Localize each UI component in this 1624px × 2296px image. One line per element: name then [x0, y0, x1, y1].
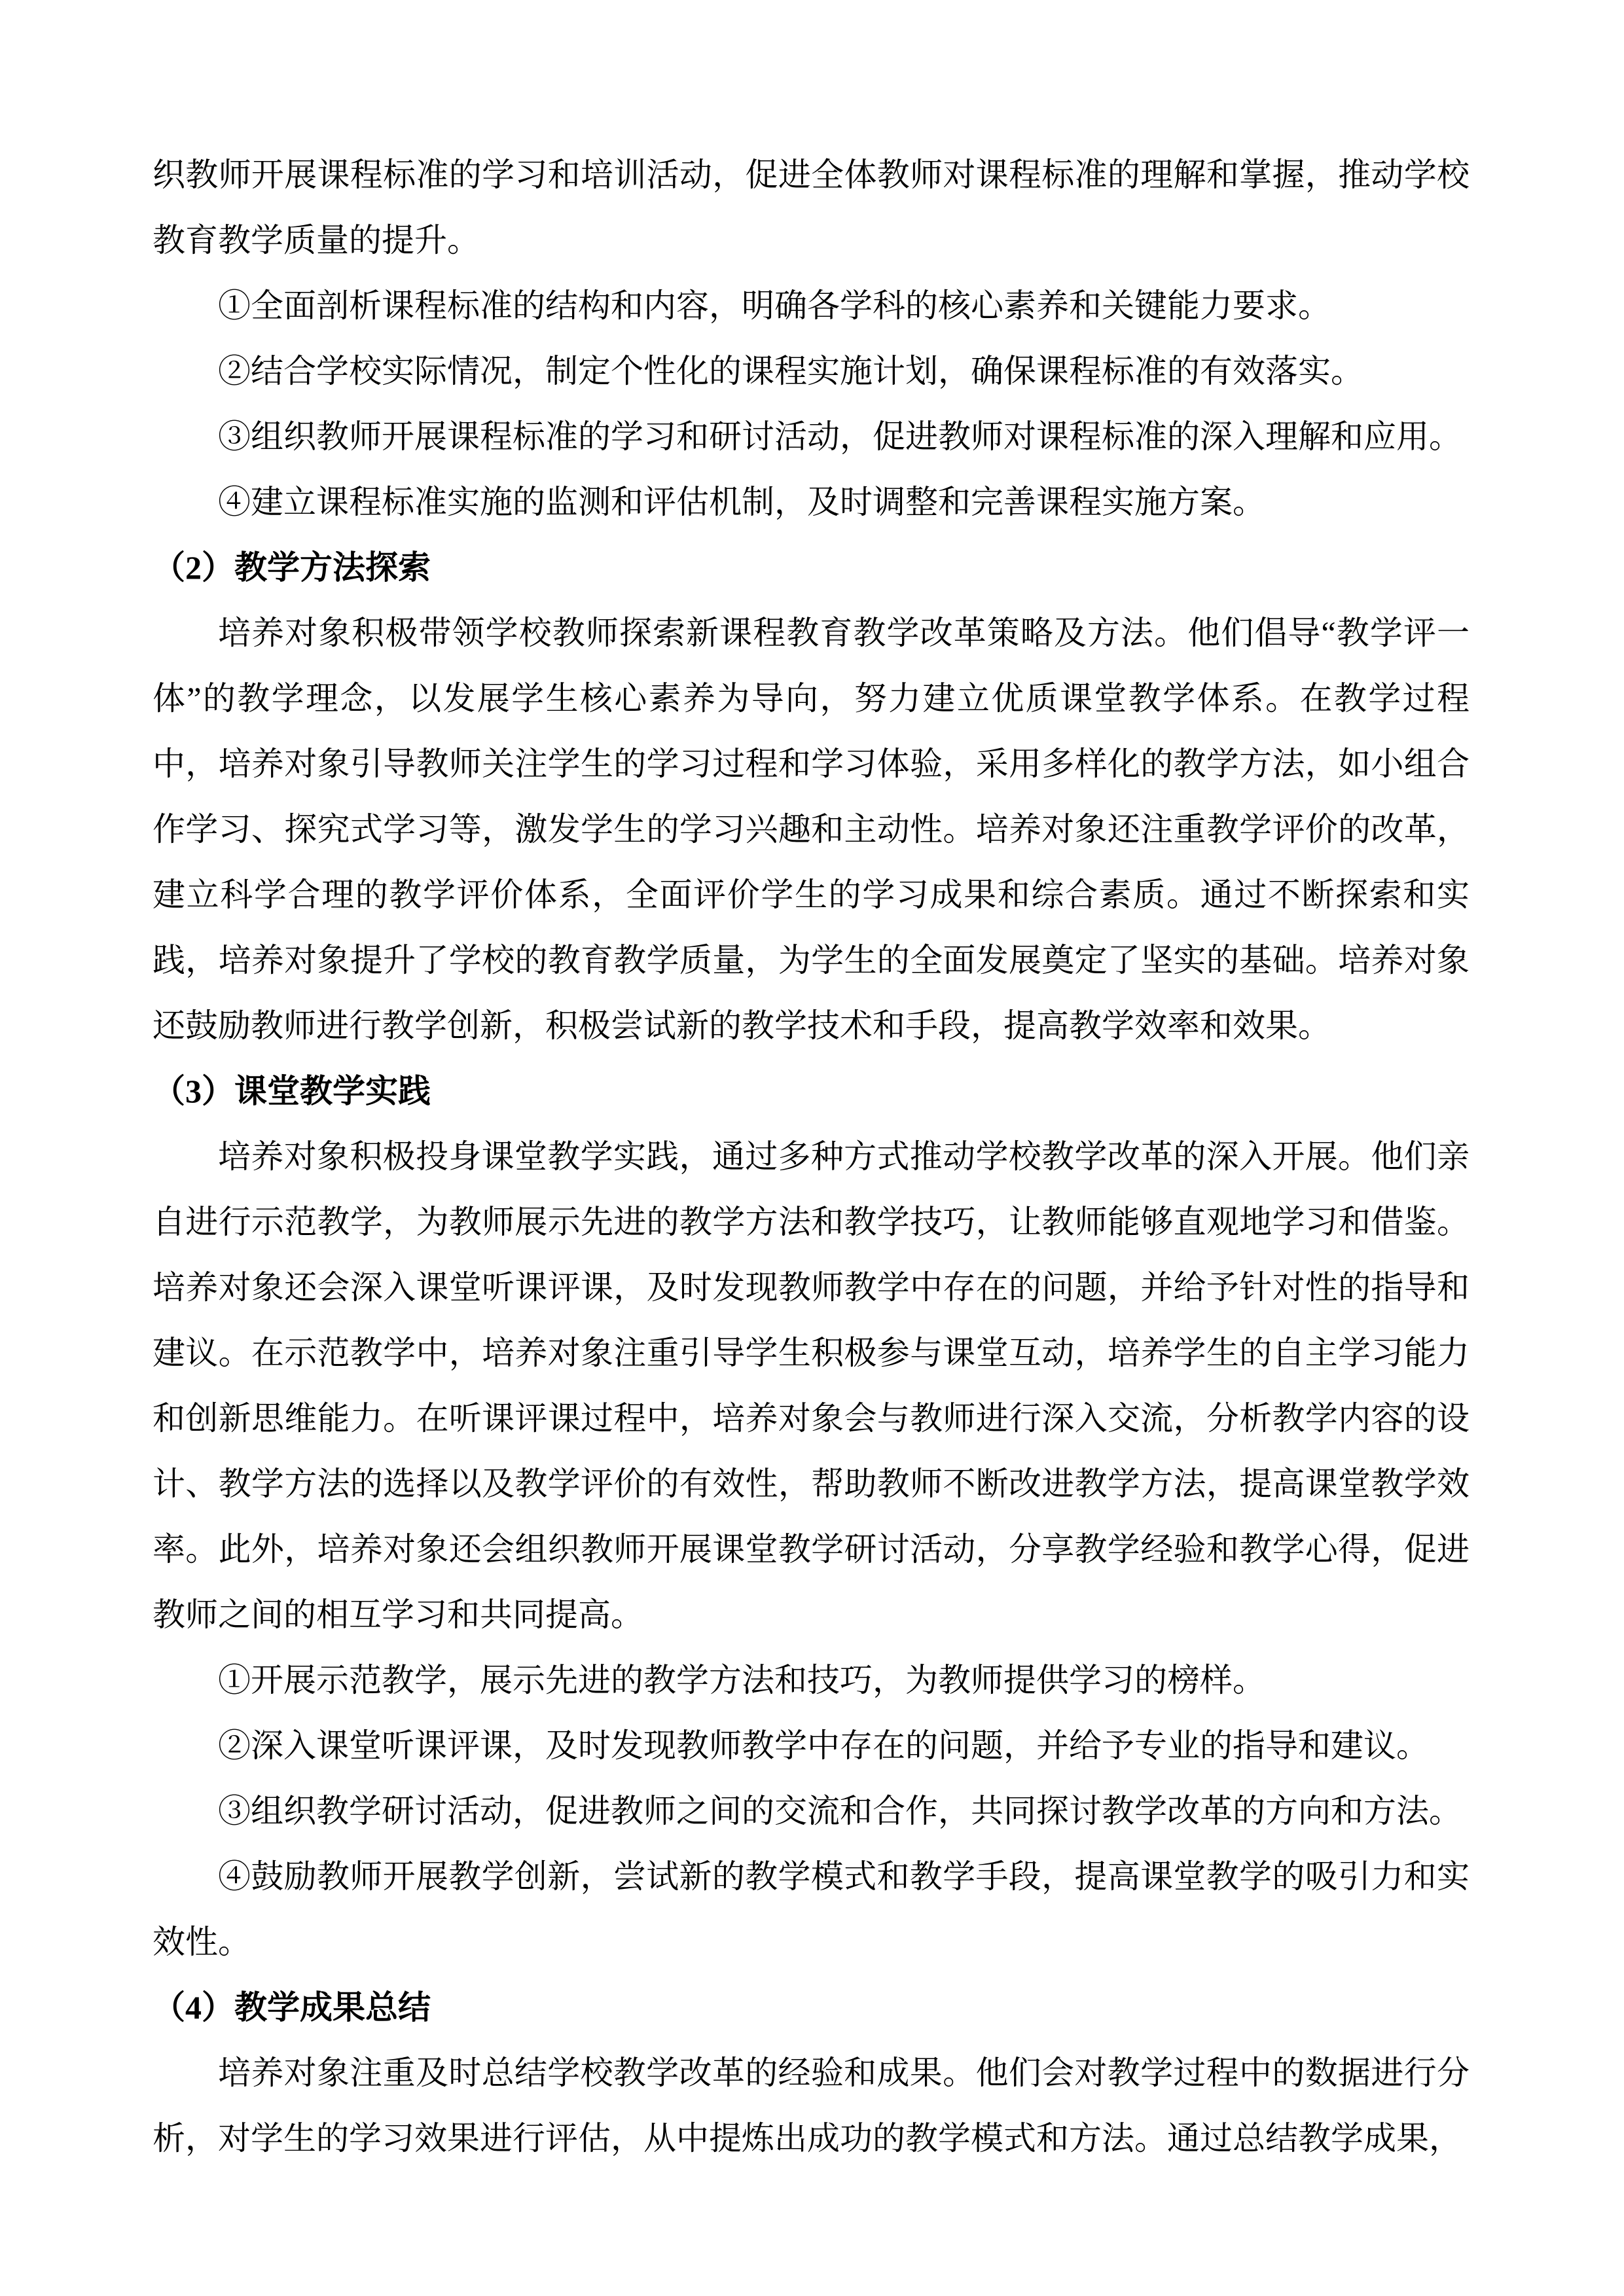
section-heading-4: （4）教学成果总结 — [153, 1975, 1470, 2040]
section-heading-3: （3）课堂教学实践 — [153, 1058, 1470, 1124]
list-item-circled-4b: ④鼓励教师开展教学创新，尝试新的教学模式和教学手段，提高课堂教学的吸引力和实效性… — [153, 1844, 1470, 1975]
body-paragraph-teaching-methods: 培养对象积极带领学校教师探索新课程教育教学改革策略及方法。他们倡导“教学评一体”… — [153, 600, 1470, 1058]
paragraph-continuation: 织教师开展课程标准的学习和培训活动，促进全体教师对课程标准的理解和掌握，推动学校… — [153, 142, 1470, 273]
list-item-circled-2b: ②深入课堂听课评课，及时发现教师教学中存在的问题，并给予专业的指导和建议。 — [153, 1713, 1470, 1778]
document-page: { "document": { "background_color": "#ff… — [0, 0, 1624, 2296]
list-item-circled-3b: ③组织教学研讨活动，促进教师之间的交流和合作，共同探讨教学改革的方向和方法。 — [153, 1778, 1470, 1844]
body-paragraph-results-summary: 培养对象注重及时总结学校教学改革的经验和成果。他们会对教学过程中的数据进行分析，… — [153, 2040, 1470, 2171]
list-item-circled-4: ④建立课程标准实施的监测和评估机制，及时调整和完善课程实施方案。 — [153, 469, 1470, 535]
list-item-circled-3: ③组织教师开展课程标准的学习和研讨活动，促进教师对课程标准的深入理解和应用。 — [153, 404, 1470, 469]
list-item-circled-1b: ①开展示范教学，展示先进的教学方法和技巧，为教师提供学习的榜样。 — [153, 1647, 1470, 1713]
list-item-circled-2: ②结合学校实际情况，制定个性化的课程实施计划，确保课程标准的有效落实。 — [153, 338, 1470, 404]
list-item-circled-1: ①全面剖析课程标准的结构和内容，明确各学科的核心素养和关键能力要求。 — [153, 273, 1470, 338]
page-text-content: 织教师开展课程标准的学习和培训活动，促进全体教师对课程标准的理解和掌握，推动学校… — [153, 142, 1470, 2171]
body-paragraph-classroom-practice: 培养对象积极投身课堂教学实践，通过多种方式推动学校教学改革的深入开展。他们亲自进… — [153, 1124, 1470, 1647]
section-heading-2: （2）教学方法探索 — [153, 535, 1470, 600]
